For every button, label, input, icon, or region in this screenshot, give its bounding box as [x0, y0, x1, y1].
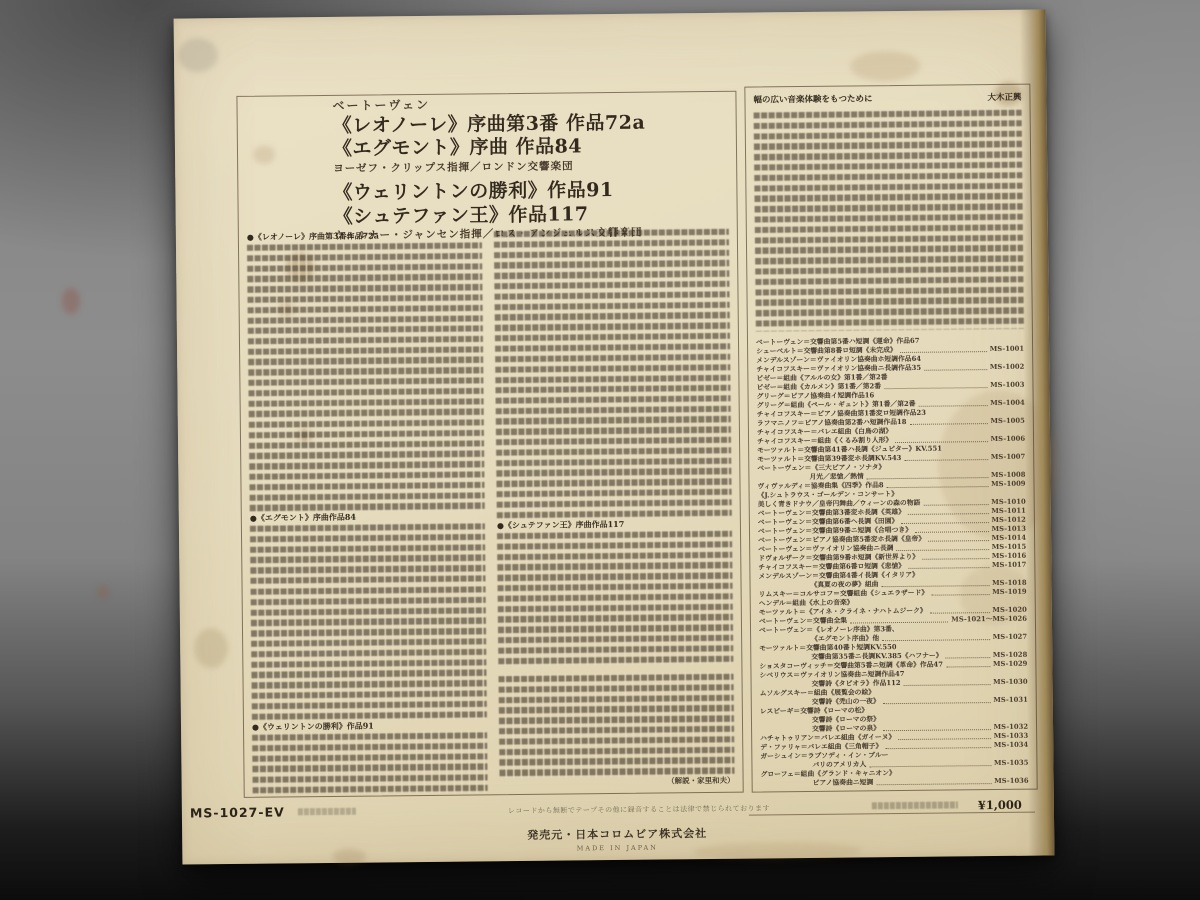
record-catalog-number: MS-1006: [991, 434, 1026, 443]
record-catalog-number: MS-1017: [992, 560, 1027, 569]
composer-name: ベートーヴェン: [332, 96, 727, 113]
record-catalog-number: MS-1007: [991, 452, 1026, 461]
illegible-price-note: [872, 801, 958, 809]
record-catalog-number: MS-1011: [991, 506, 1026, 515]
dotted-leader: [909, 423, 987, 425]
illegible-body-text: [495, 352, 730, 386]
record-catalog-number: MS-1035: [994, 758, 1029, 767]
record-catalog-number: MS-1034: [994, 740, 1029, 749]
dotted-leader: [930, 612, 990, 614]
discography-box: 幅の広い音楽体験をもつために 大木正興 ベートーヴェン＝交響曲第5番ハ短調《運命…: [744, 84, 1037, 793]
liner-notes-middle-column: ●《シュテファン王》序曲作品117（解説・家里和夫）: [494, 227, 735, 789]
record-catalog-number: MS-1012: [991, 515, 1026, 524]
dotted-leader: [869, 765, 991, 767]
dotted-leader: [883, 729, 991, 731]
record-catalog-number: MS-1015: [992, 542, 1027, 551]
illegible-body-text: [252, 730, 487, 774]
liner-notes-columns: ●《レオノーレ》序曲第3番作品72a●《エグモント》序曲作品84●《ウェリントン…: [247, 227, 735, 792]
backdrop-stain: [96, 585, 110, 599]
dotted-leader: [876, 783, 991, 785]
work-title-wellington: 《ウェリントンの勝利》作品91: [333, 179, 728, 204]
illegible-body-text: [253, 772, 488, 795]
dotted-leader: [931, 594, 989, 596]
record-catalog-number: MS-1031: [993, 695, 1028, 704]
dotted-leader: [897, 549, 989, 551]
record-title: ピアノ協奏曲ニ短調: [813, 778, 874, 788]
dotted-leader: [904, 459, 987, 461]
dotted-leader: [923, 504, 988, 506]
record-catalog-number: MS-1014: [992, 533, 1027, 542]
dotted-leader: [887, 486, 989, 488]
record-catalog-number: MS-1027: [993, 632, 1028, 641]
essay-header: 幅の広い音楽体験をもつために 大木正興: [745, 85, 1029, 108]
record-catalog-number: MS-1028: [993, 650, 1028, 659]
made-in-japan-label: MADE IN JAPAN: [482, 843, 752, 854]
record-catalog-number: MS-1013: [992, 524, 1027, 533]
publisher-name: 発売元・日本コロムビア株式会社: [482, 825, 752, 844]
record-catalog-number: MS-1010: [991, 497, 1026, 506]
record-list: ベートーヴェン＝交響曲第5番ハ短調《運命》作品67シューベルト＝交響曲第8番ロ短…: [748, 335, 1037, 788]
illegible-essay-text: [754, 108, 1024, 331]
photo-backdrop: ベートーヴェン 《レオノーレ》序曲第3番 作品72a 《エグモント》序曲 作品8…: [0, 0, 1200, 900]
dotted-leader: [904, 684, 991, 686]
liner-notes-box: ベートーヴェン 《レオノーレ》序曲第3番 作品72a 《エグモント》序曲 作品8…: [236, 91, 743, 798]
footer-row: MS-1027-EV レコードから無断でテープその他に録音することは法律で禁じら…: [190, 796, 1028, 821]
record-catalog-number: MS-1008: [991, 470, 1026, 479]
dotted-leader: [928, 540, 989, 542]
dotted-leader: [922, 558, 989, 560]
record-catalog-number: MS-1030: [993, 677, 1028, 686]
paper-stain: [332, 849, 366, 865]
dotted-leader: [898, 738, 990, 740]
essay-title: 幅の広い音楽体験をもつために: [753, 92, 872, 105]
illegible-body-text: [495, 383, 731, 437]
dotted-leader: [900, 351, 987, 353]
dotted-leader: [946, 666, 990, 667]
record-catalog-number: MS-1029: [993, 659, 1028, 668]
record-catalog-number: MS-1032: [994, 722, 1029, 731]
dotted-leader: [850, 621, 948, 623]
record-title: 交響詩《禿山の一夜》: [812, 697, 880, 707]
catalog-number: MS-1027-EV: [190, 804, 285, 820]
dotted-leader: [883, 702, 991, 704]
illegible-body-text: [250, 522, 486, 587]
price-label: ¥1,000: [978, 798, 1022, 812]
record-catalog-number: MS-1021〜MS-1026: [951, 614, 1027, 624]
record-catalog-number: MS-1002: [990, 362, 1025, 371]
illegible-body-text: [248, 324, 484, 420]
dotted-leader: [908, 513, 988, 515]
dotted-leader: [915, 531, 989, 533]
record-catalog-number: MS-1003: [990, 380, 1025, 389]
dotted-leader: [901, 522, 988, 524]
dotted-leader: [885, 747, 991, 749]
record-catalog-number: MS-1036: [994, 776, 1029, 785]
publisher-block: 発売元・日本コロムビア株式会社 MADE IN JAPAN: [482, 825, 752, 854]
illegible-body-text: [251, 584, 487, 722]
record-catalog-number: MS-1001: [990, 344, 1025, 353]
paper-stain: [850, 51, 920, 82]
dotted-leader: [945, 657, 989, 658]
backdrop-stain: [62, 288, 80, 314]
paper-stain: [194, 628, 228, 668]
work-title-stephan: 《シュテファン王》作品117: [334, 203, 729, 228]
work-title-egmont: 《エグモント》序曲 作品84: [333, 135, 728, 160]
copy-warning-text: レコードから無断でテープその他に録音することは法律で禁じられております: [508, 803, 770, 816]
dotted-leader: [884, 387, 987, 389]
dotted-leader: [867, 477, 988, 479]
dotted-leader: [882, 585, 990, 587]
record-catalog-number: MS-1005: [990, 416, 1025, 425]
paper-stain: [178, 38, 218, 72]
record-catalog-number: MS-1020: [992, 605, 1027, 614]
record-catalog-number: MS-1019: [992, 587, 1027, 596]
record-title: 交響詩《タピオラ》作品112: [812, 679, 901, 689]
essay-author: 大木正興: [987, 91, 1021, 103]
record-catalog-number: MS-1033: [994, 731, 1029, 740]
illegible-body-text: [249, 417, 485, 513]
record-catalog-number: MS-1016: [992, 551, 1027, 560]
illegible-body-text: [497, 529, 733, 667]
illegible-body-text: [498, 672, 734, 778]
dotted-leader: [924, 369, 987, 371]
dotted-leader: [908, 567, 989, 569]
dotted-leader: [919, 405, 988, 407]
work-title-leonore: 《レオノーレ》序曲第3番 作品72a: [333, 112, 728, 137]
conductor-credit-krips: ヨーゼフ・クリップス指揮／ロンドン交響楽団: [333, 160, 728, 175]
dotted-leader: [882, 639, 990, 641]
illegible-body-text: [494, 227, 730, 354]
dotted-leader: [895, 441, 987, 443]
record-catalog-number: MS-1004: [990, 398, 1025, 407]
liner-notes-left-column: ●《レオノーレ》序曲第3番作品72a●《エグモント》序曲作品84●《ウェリントン…: [247, 229, 488, 791]
title-block: ベートーヴェン 《レオノーレ》序曲第3番 作品72a 《エグモント》序曲 作品8…: [332, 96, 728, 243]
illegible-body-text: [496, 435, 732, 521]
illegible-body-text: [247, 240, 483, 326]
record-catalog-number: MS-1009: [991, 479, 1026, 488]
record-catalog-number: MS-1018: [992, 578, 1027, 587]
illegible-copyright-mark: [298, 808, 356, 816]
record-jacket-back: ベートーヴェン 《レオノーレ》序曲第3番 作品72a 《エグモント》序曲 作品8…: [174, 9, 1055, 864]
